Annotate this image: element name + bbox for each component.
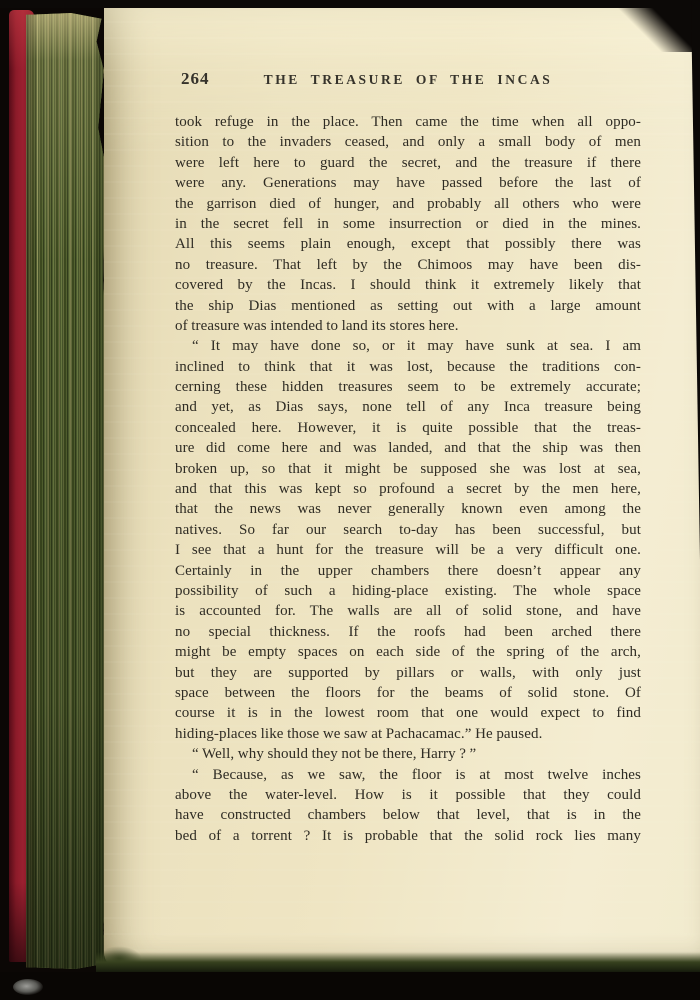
text-line: covered by the Incas. I should think it … [175,275,641,295]
text-line: of treasure was intended to land its sto… [175,316,641,336]
top-right-shadow [590,0,700,52]
text-line: no special thickness. If the roofs had b… [175,622,641,642]
text-line: were left here to guard the secret, and … [175,153,641,173]
text-line: broken up, so that it might be supposed … [175,459,641,479]
text-line: no treasure. That left by the Chimoos ma… [175,255,641,275]
text-line: and yet, as Dias says, none tell of any … [175,397,641,417]
running-header: THE TREASURE OF THE INCAS [175,72,641,88]
text-line: All this seems plain enough, except that… [175,234,641,254]
text-line: “ Because, as we saw, the floor is at mo… [175,765,641,785]
text-line: “ It may have done so, or it may have su… [175,336,641,356]
text-line: Certainly in the upper chambers there do… [175,561,641,581]
text-line: but they are supported by pillars or wal… [175,663,641,683]
page-text: took refuge in the place. Then came the … [175,112,641,846]
text-line: course it is in the lowest room that one… [175,703,641,723]
text-line: natives. So far our search to-day has be… [175,520,641,540]
page-edges-stack [26,13,108,969]
text-line: I see that a hunt for the treasure will … [175,540,641,560]
text-line: ure did come here and was landed, and th… [175,438,641,458]
text-line: the ship Dias mentioned as setting out w… [175,296,641,316]
text-line: “ Well, why should they not be there, Ha… [175,744,641,764]
text-line: sition to the invaders ceased, and only … [175,132,641,152]
text-line: that the news was never generally known … [175,499,641,519]
text-line: above the water-level. How is it possibl… [175,785,641,805]
text-line: possibility of such a hiding-place exist… [175,581,641,601]
text-line: inclined to think that it was lost, beca… [175,357,641,377]
text-line: the garrison died of hunger, and probabl… [175,194,641,214]
text-line: hiding-places like those we saw at Pacha… [175,724,641,744]
text-line: bed of a torrent ? It is probable that t… [175,826,641,846]
text-line: and that this was kept so profound a sec… [175,479,641,499]
scanner-reflection [13,979,43,995]
text-line: is accounted for. The walls are all of s… [175,601,641,621]
text-line: in the secret fell in some insurrection … [175,214,641,234]
book-page: 264 THE TREASURE OF THE INCAS took refug… [104,7,700,967]
text-line: might be empty spaces on each side of th… [175,642,641,662]
text-line: cerning these hidden treasures seem to b… [175,377,641,397]
text-line: space between the floors for the beams o… [175,683,641,703]
text-line: took refuge in the place. Then came the … [175,112,641,132]
page-header: 264 THE TREASURE OF THE INCAS [175,69,641,95]
bottom-shadow [0,972,700,1000]
book-photo: 264 THE TREASURE OF THE INCAS took refug… [0,0,700,1000]
text-line: have constructed chambers below that lev… [175,805,641,825]
text-line: concealed here. However, it is quite pos… [175,418,641,438]
text-line: were any. Generations may have passed be… [175,173,641,193]
